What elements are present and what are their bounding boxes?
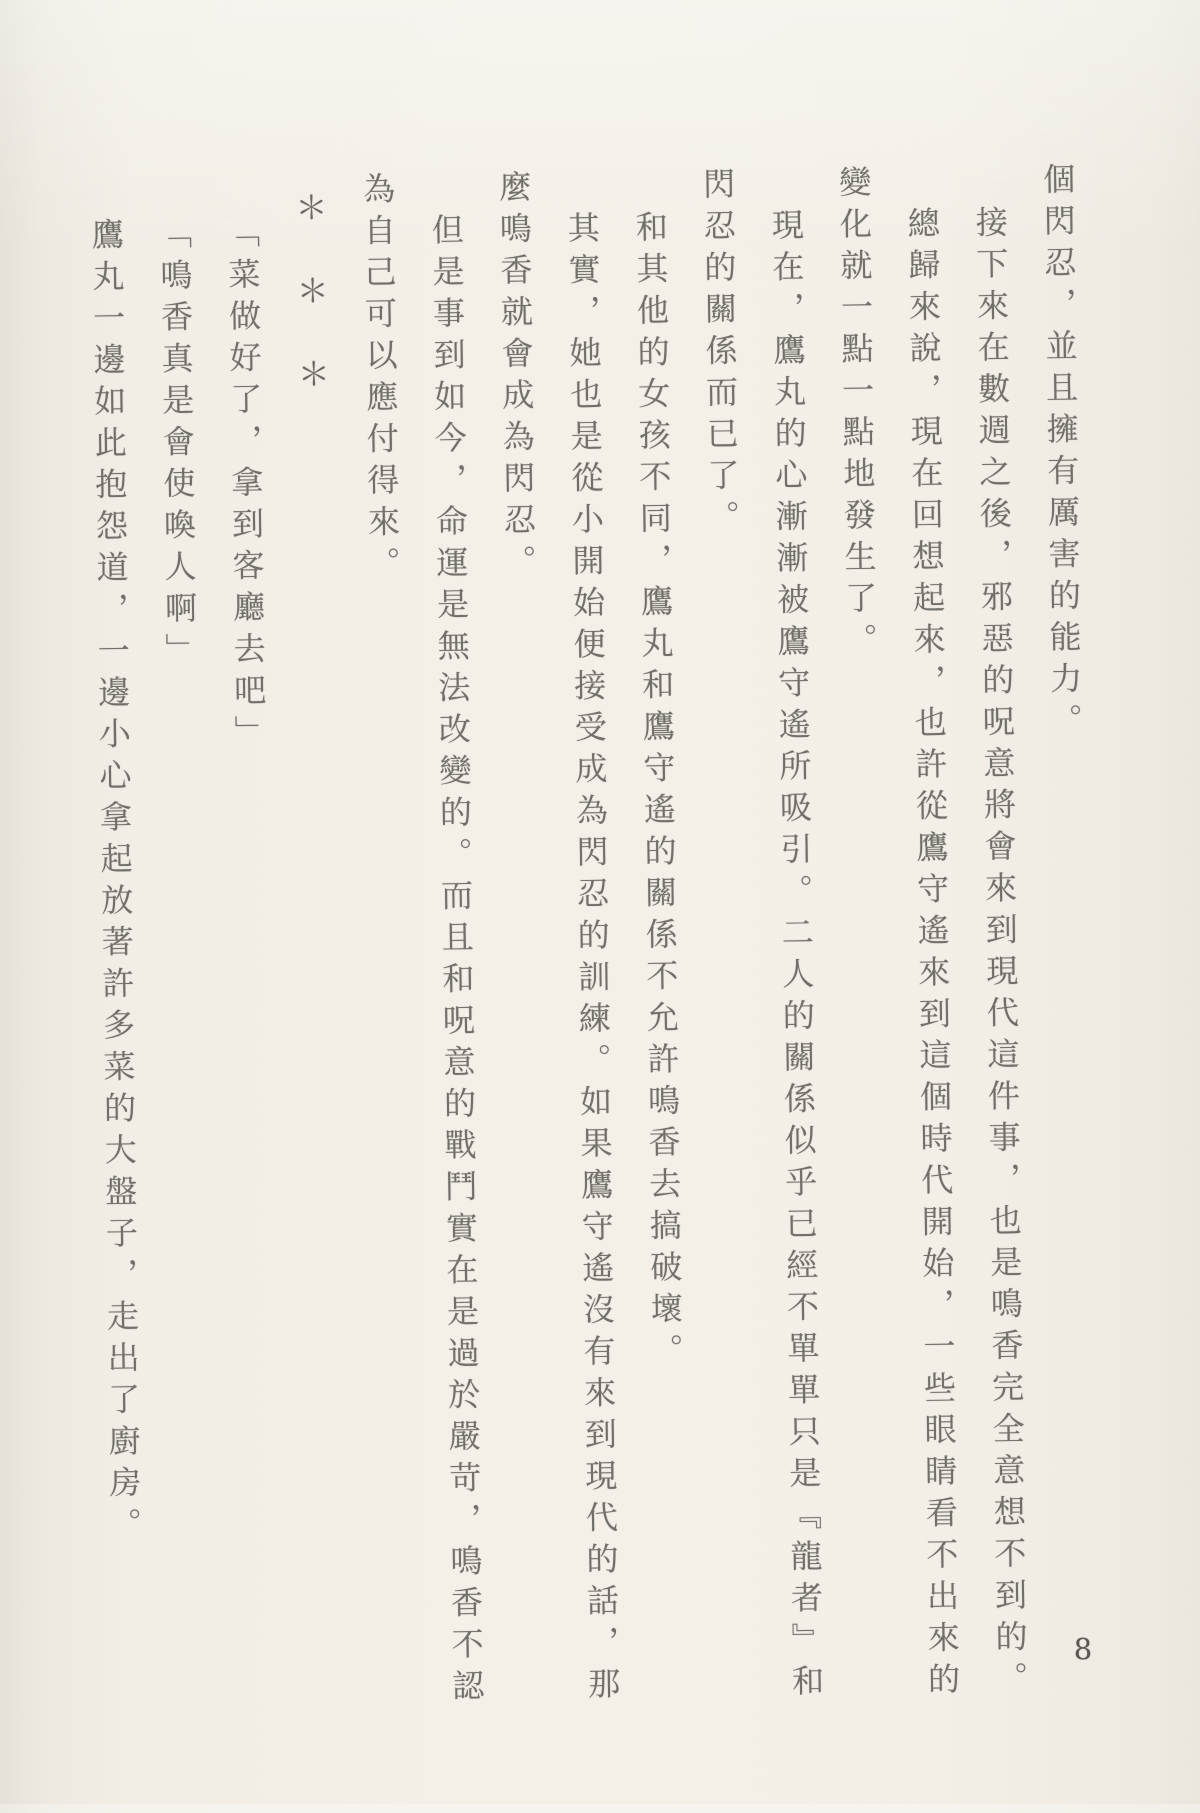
paragraph-6: 其實，她也是從小開始便接受成為閃忍的訓練。如果鷹守遙沒有來到現代的話，那麼鳴香就… (479, 169, 637, 1741)
vertical-text-block: 個閃忍，並且擁有厲害的能力。 接下來在數週之後，邪惡的呪意將會來到現代這件事，也… (71, 162, 1113, 1746)
page-number: 8 (1073, 1632, 1092, 1666)
page-content: 個閃忍，並且擁有厲害的能力。 接下來在數週之後，邪惡的呪意將會來到現代這件事，也… (0, 0, 1200, 1804)
paragraph-4: 現在，鷹丸的心漸漸被鷹守遙所吸引。二人的關係似乎已經不單單只是『龍者』和閃忍的關… (683, 166, 841, 1738)
paragraph-3: 總歸來說，現在回想起來，也許從鷹守遙來到這個時代開始，一些眼睛看不出來的變化就一… (819, 164, 977, 1736)
book-page-photo: { "doc": { "language": "zh-TW", "writing… (0, 0, 1200, 1804)
paragraph-7: 但是事到如今，命運是無法改變的。而且和呪意的戰鬥實在是過於嚴苛，鳴香不認為自己可… (343, 170, 501, 1742)
